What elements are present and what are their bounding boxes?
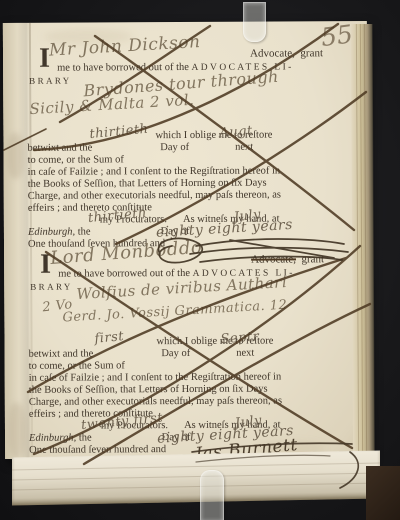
printed-text: me to have borrowed out of the (58, 268, 192, 280)
printed-text: betwixt and the (27, 142, 92, 153)
printed-text: me to have borrowed out of the (57, 62, 191, 74)
printed-text: betwixt and the (29, 348, 94, 359)
printed-text: Day of (161, 348, 190, 359)
printed-text: the (79, 432, 92, 443)
leather-cover-corner (366, 466, 400, 520)
printed-text: the (78, 226, 91, 237)
bottom-text-block-edge (12, 450, 380, 505)
show-through-mark (9, 403, 25, 459)
printed-text: next (235, 142, 253, 153)
page-weight-clip-top (243, 2, 266, 42)
register-page: 55 I Advocate, grant me to have borrowed… (3, 21, 369, 459)
handwritten-return-day: first (94, 329, 125, 347)
borrow-entry-1: I Advocate, grant me to have borrowed ou… (27, 47, 340, 251)
printed-text: next (236, 348, 254, 359)
handwritten-return-month: Augt (219, 124, 253, 141)
page-weight-clip-bottom (200, 470, 224, 520)
photographed-register: 55 I Advocate, grant me to have borrowed… (0, 0, 400, 520)
printed-word-grant: grant (301, 253, 324, 265)
printed-word-advocate: Advocate, (250, 47, 295, 59)
printed-word-grant: grant (300, 47, 323, 59)
printed-word-advocate-struck: Advocate, (251, 253, 296, 265)
printed-text-italic: Edinburgh, (28, 227, 75, 238)
handwritten-return-month: Septr (220, 329, 260, 347)
printed-text-italic: Edinburgh, (29, 433, 76, 444)
borrow-entry-2: I Advocate, grant me to have borrowed ou… (28, 253, 341, 457)
printed-text: Day of (160, 142, 189, 153)
show-through-mark (7, 133, 23, 179)
fore-edge-page-stack (351, 24, 375, 462)
